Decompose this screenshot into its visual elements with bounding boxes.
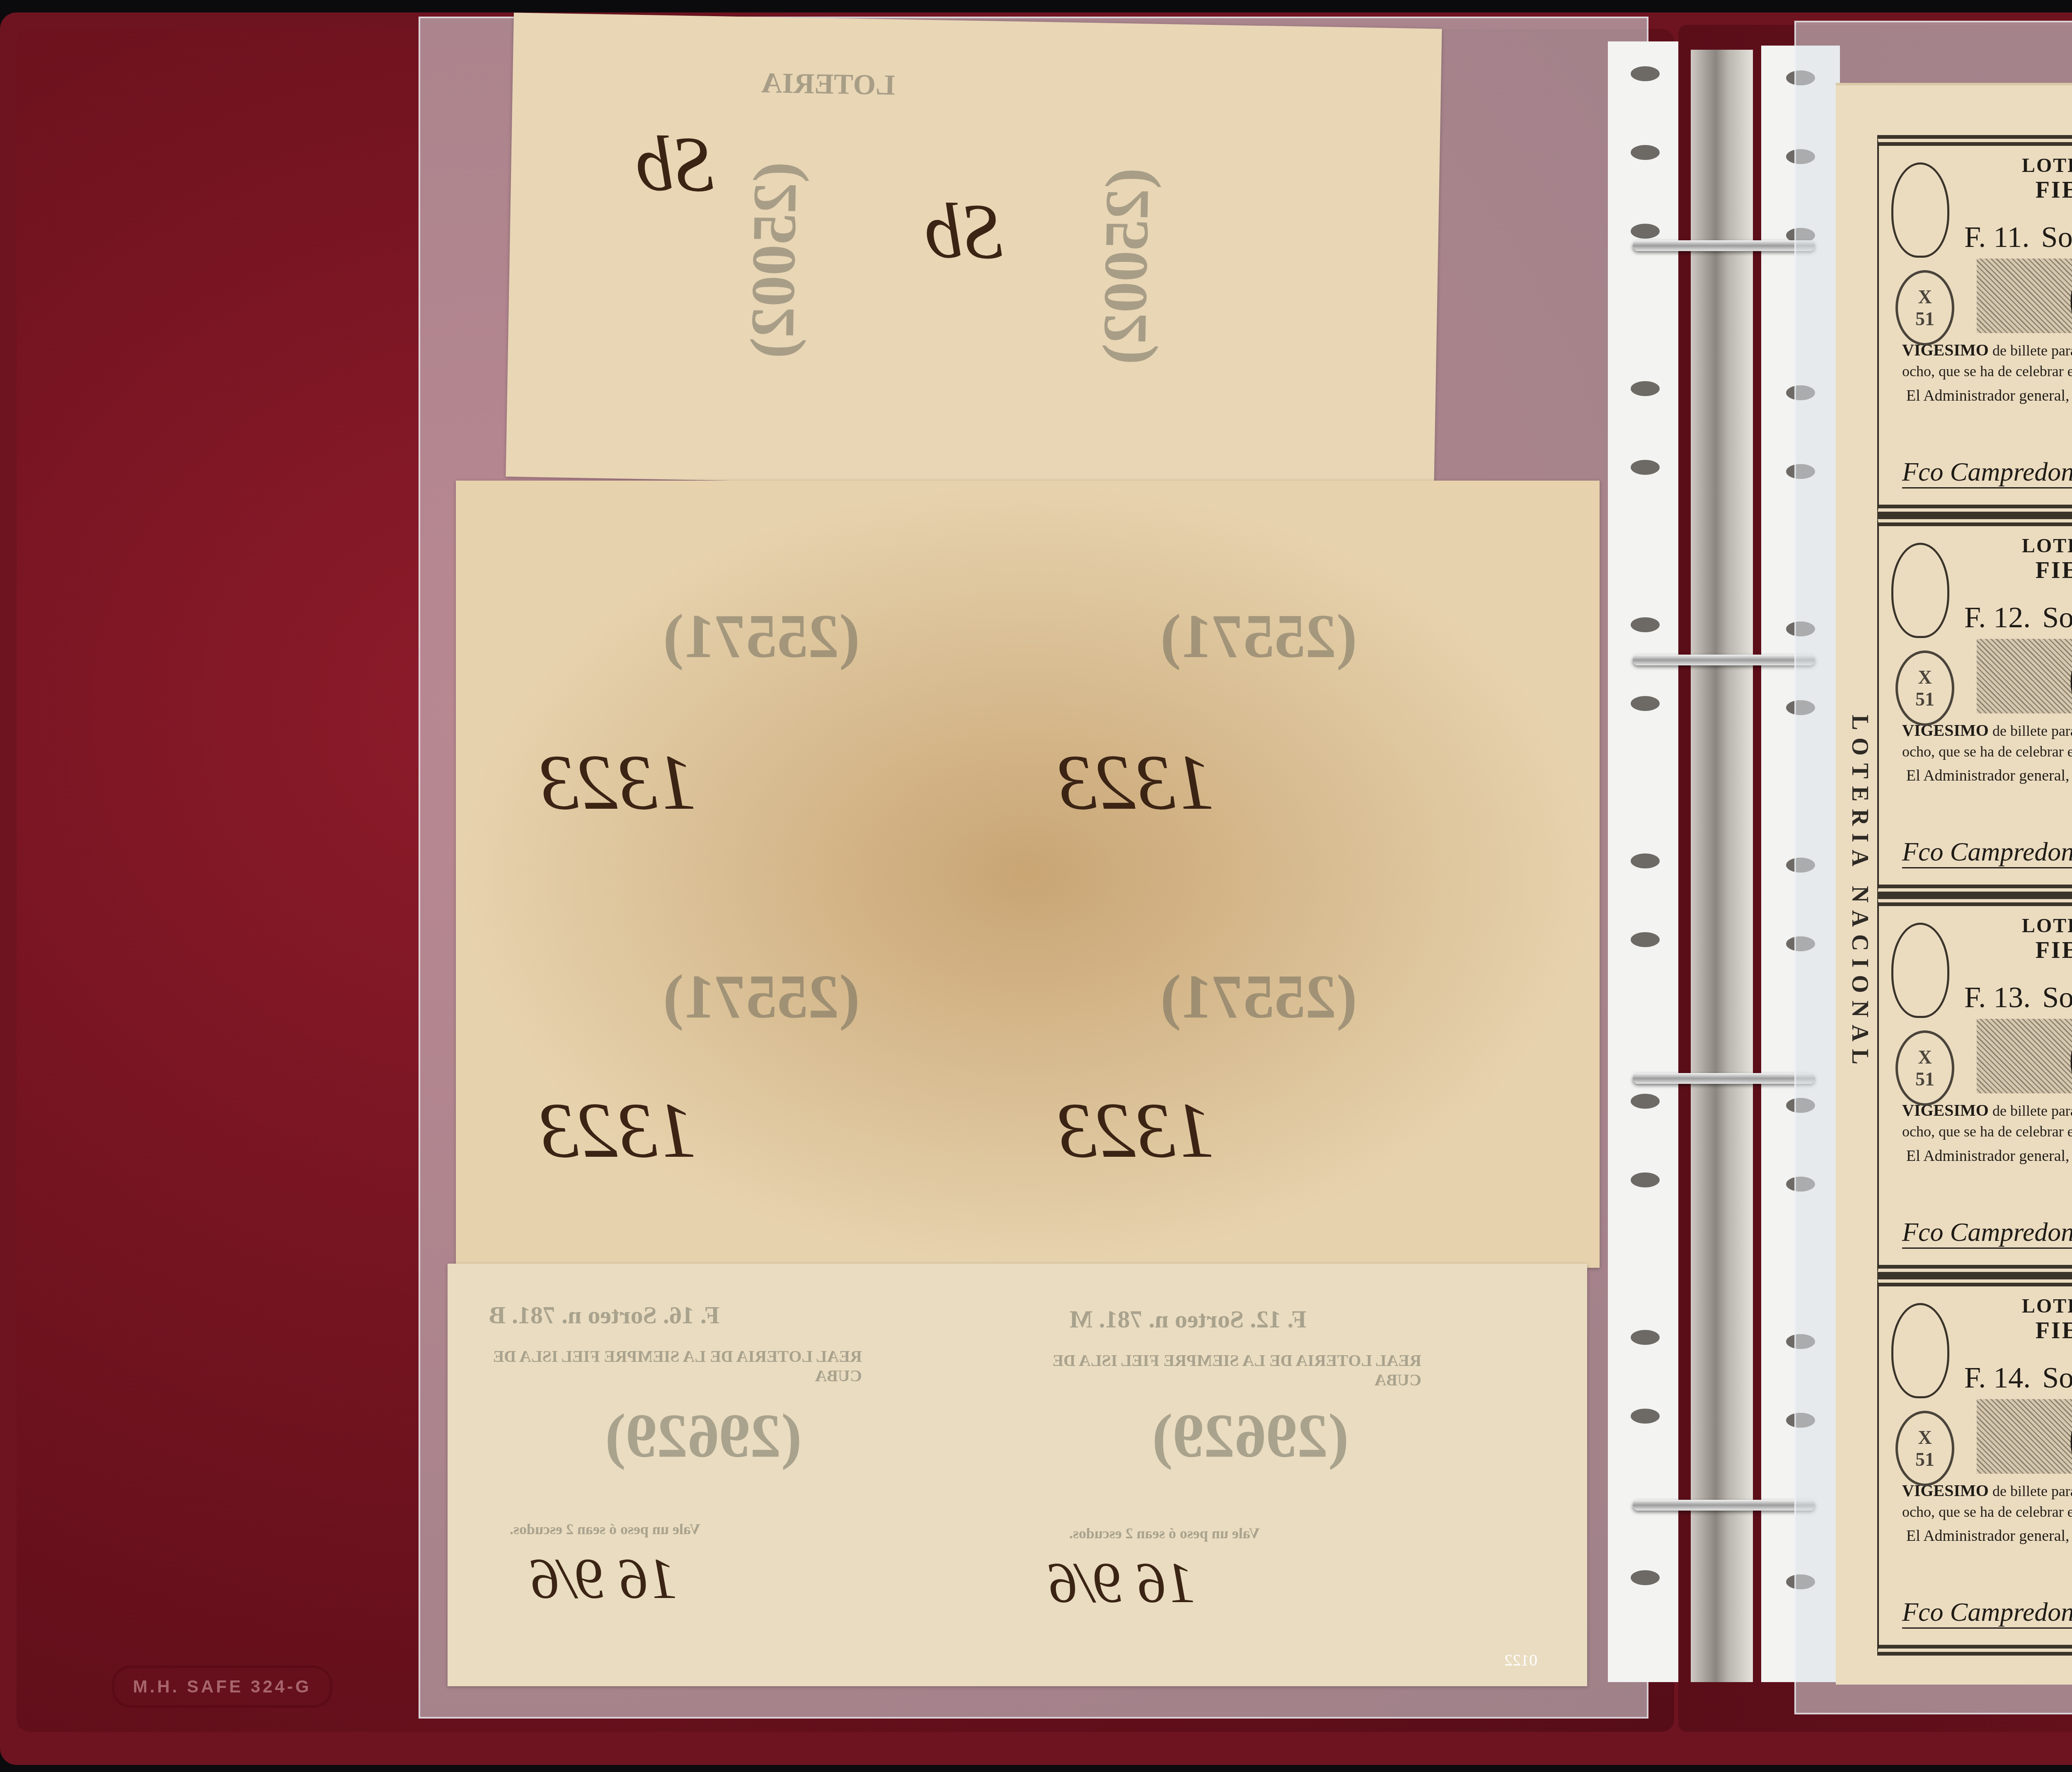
binder-ring[interactable]: [1633, 655, 1815, 665]
lottery-ticket: X51 LOTERIA DE LA SIEMPRE FIEL ISLA DE C…: [1877, 135, 2072, 515]
punch-hole: [1631, 696, 1660, 711]
ticket-serial: (29629): [1152, 1400, 1349, 1472]
lottery-ticket: X51 LOTERIA DE LA SIEMPRE FIEL ISLA DE C…: [1877, 515, 2072, 896]
royal-crest-icon: [1891, 543, 1949, 638]
signature: Fco Campredon: [1902, 836, 2072, 868]
ticket-serial: (29629): [605, 1400, 802, 1472]
ticket-header-mirrored: LOTERIA: [761, 67, 895, 102]
ticket-serial: (25571): [1160, 961, 1357, 1032]
handwritten-mark: Sb: [635, 118, 715, 210]
ticket-subtitle: FIEL ISLA DE CUBA: [1935, 1318, 2072, 1344]
punch-hole: [1631, 1409, 1660, 1424]
ticket-title: LOTERIA DE LA SIEMPRE: [1935, 1295, 2072, 1318]
left-middle-ticket: (25571) (25571) (25571) (25571) 1323 132…: [456, 481, 1600, 1268]
ticket-footer: El Administrador general,Vale un peso ó …: [1906, 387, 2072, 405]
ticket-serial: (25002): [1089, 167, 1163, 365]
ticket-subtitle: FIEL ISLA DE CUBA: [1935, 557, 2072, 584]
punch-hole: [1631, 932, 1660, 947]
handwritten-mark: Sb: [924, 186, 1004, 277]
signature: Fco Campredon: [1902, 457, 2072, 488]
punch-hole: [1631, 224, 1660, 239]
royal-crest-icon: [1891, 1303, 1949, 1398]
folio: F. 13.: [1964, 980, 2031, 1015]
stamp-seal: X51: [1895, 650, 1954, 726]
ticket-serial: (25002): [736, 161, 811, 359]
ticket-title: LOTERIA DE LA SIEMPRE: [1935, 914, 2072, 937]
folio: F. 11.: [1964, 220, 2030, 254]
punch-hole: [1631, 853, 1660, 868]
lottery-ticket: X51 LOTERIA DE LA SIEMPRE FIEL ISLA DE C…: [1877, 895, 2072, 1276]
ticket-subtitle: FIEL ISLA DE CUBA: [1935, 937, 2072, 964]
ticket-bottom: Fco Campredon20H261H: [1894, 1557, 2072, 1629]
ticket-draw-line: F. 12. Sorteo n. 781. M: [1069, 1305, 1307, 1334]
footer-mark: 0122: [1504, 1650, 1537, 1670]
draw-line: F. 13.Sorteo núm. 848.U: [1964, 980, 2072, 1015]
handwritten-mark: 1323: [1057, 737, 1214, 828]
ticket-value-text: Vale un peso ó sean 2 escudos.: [1069, 1525, 1260, 1542]
stamp-seal: X51: [1895, 1411, 1954, 1486]
ticket-footer: El Administrador general,Vale un peso ó …: [1906, 1147, 2072, 1165]
ticket-draw-line: F. 16. Sorteo n. 781. B: [489, 1301, 719, 1330]
stamp-seal: X51: [1895, 1030, 1954, 1106]
handwritten-mark: 16 9/6: [1048, 1550, 1195, 1616]
ticket-serial: (652): [1977, 1399, 2072, 1474]
ticket-bottom: Fco Campredon20H261H: [1894, 417, 2072, 488]
royal-crest-icon: [1891, 162, 1949, 258]
ticket-bottom: Fco Campredon20H261H: [1894, 1177, 2072, 1249]
signature: Fco Campredon: [1902, 1597, 2072, 1629]
punch-hole: [1631, 460, 1660, 475]
folio: F. 14.: [1964, 1361, 2031, 1395]
binder-ring[interactable]: [1633, 1073, 1815, 1084]
draw-line: F. 12.Sorteo núm. 848.E: [1964, 600, 2072, 635]
ticket-serial: (652): [1977, 259, 2072, 333]
signature: Fco Campredon: [1902, 1217, 2072, 1249]
binder-ring[interactable]: [1633, 1500, 1815, 1511]
punch-hole: [1631, 1172, 1660, 1187]
ticket-serial: (25571): [1160, 601, 1357, 672]
ticket-grid: X51 LOTERIA DE LA SIEMPRE FIEL ISLA DE C…: [1877, 135, 2072, 1656]
ticket-serial: (25571): [663, 961, 860, 1032]
ticket-title: LOTERIA DE LA SIEMPRE: [1935, 534, 2072, 557]
ticket-serial: (652): [1977, 639, 2072, 713]
draw-line: F. 14.Sorteo núm. 848.W: [1964, 1361, 2072, 1395]
handwritten-mark: 1323: [539, 1085, 696, 1176]
ticket-bottom: Fco Campredon20H261H: [1894, 797, 2072, 868]
punch-hole: [1631, 1570, 1660, 1585]
sheet-border-text-left: LOTERIA NACIONAL: [1844, 135, 1873, 1651]
lottery-ticket-sheet: LOTERIA NACIONAL LOTERIA NACIONAL X51 LO…: [1836, 83, 2072, 1685]
binder-ring[interactable]: [1633, 240, 1815, 251]
punch-hole: [1631, 617, 1660, 632]
punch-hole: [1631, 381, 1660, 396]
punch-hole: [1631, 1330, 1660, 1345]
ticket-serial: (652): [1977, 1019, 2072, 1093]
maker-stamp: M.H. SAFE 324-G: [112, 1666, 332, 1708]
ticket-header: REAL LOTERIA DE LA SIEMPRE FIEL ISLA DE …: [1048, 1351, 1421, 1390]
punch-hole: [1631, 1094, 1660, 1109]
handwritten-mark: 1323: [1057, 1085, 1214, 1176]
punch-hole: [1631, 145, 1660, 160]
ticket-value-text: Vale un peso ó sean 2 escudos.: [510, 1521, 700, 1538]
lottery-ticket: X51 LOTERIA DE LA SIEMPRE FIEL ISLA DE C…: [1877, 1276, 2072, 1656]
ticket-footer: El Administrador general,Vale un peso ó …: [1906, 766, 2072, 785]
ticket-header: REAL LOTERIA DE LA SIEMPRE FIEL ISLA DE …: [489, 1347, 862, 1385]
stamp-seal: X51: [1895, 270, 1954, 346]
handwritten-mark: 16 9/6: [530, 1545, 677, 1612]
left-sleeve-punch-strip: [1608, 41, 1678, 1682]
ticket-footer: El Administrador general,Vale un peso ó …: [1906, 1527, 2072, 1545]
ticket-subtitle: FIEL ISLA DE CUBA: [1935, 177, 2072, 203]
ticket-title: LOTERIA DE LA SIEMPRE: [1935, 154, 2072, 177]
handwritten-mark: 1323: [539, 737, 696, 828]
punch-hole: [1631, 66, 1660, 81]
folio: F. 12.: [1964, 600, 2031, 635]
draw-line: F. 11.Sorteo núm. 848.K: [1964, 220, 2072, 254]
left-bottom-ticket: F. 16. Sorteo n. 781. B F. 12. Sorteo n.…: [448, 1264, 1587, 1686]
ticket-serial: (25571): [663, 601, 860, 672]
left-top-ticket: LOTERIA (25002) (25002) Sb Sb: [506, 13, 1442, 493]
binder-spine: [1691, 50, 1753, 1682]
royal-crest-icon: [1891, 923, 1949, 1018]
